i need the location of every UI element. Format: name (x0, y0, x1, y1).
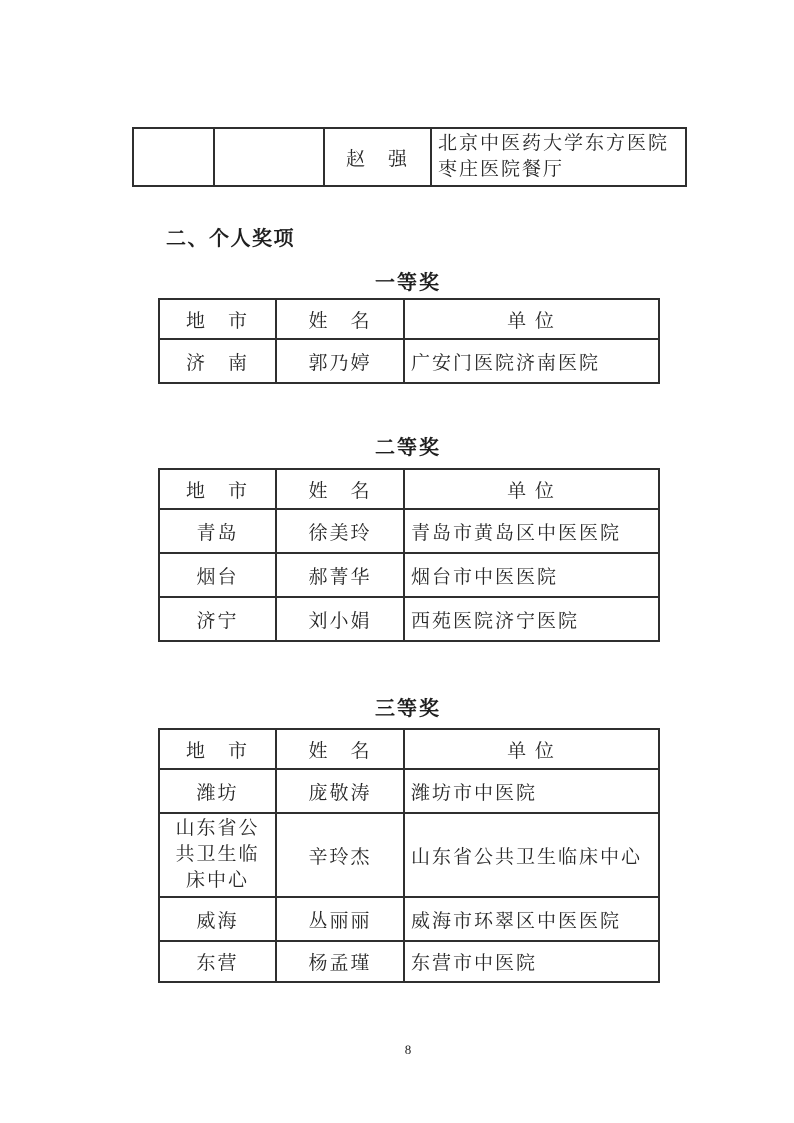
header-city: 地 市 (159, 729, 276, 769)
header-city: 地 市 (159, 299, 276, 339)
header-unit: 单 位 (404, 729, 659, 769)
header-city: 地 市 (159, 469, 276, 509)
name-cell: 刘小娟 (276, 597, 404, 641)
empty-cell (214, 128, 324, 186)
prize-title-third: 三等奖 (158, 692, 658, 721)
section-heading: 二、个人奖项 (166, 222, 295, 251)
header-unit: 单 位 (404, 299, 659, 339)
prize-title-first: 一等奖 (158, 266, 658, 295)
first-prize-table: 地 市 姓 名 单 位 济 南 郭乃婷 广安门医院济南医院 (158, 298, 660, 384)
name-cell: 郝菁华 (276, 553, 404, 597)
city-cell: 青岛 (159, 509, 276, 553)
header-unit: 单 位 (404, 469, 659, 509)
awardee-name: 赵 强 (324, 128, 431, 186)
city-cell: 东营 (159, 941, 276, 982)
scanned-document-page: { "page": { "number": "8" }, "colors": {… (0, 0, 794, 1123)
city-cell: 烟台 (159, 553, 276, 597)
continued-award-table: 赵 强 北京中医药大学东方医院 枣庄医院餐厅 (132, 127, 687, 187)
city-cell: 威海 (159, 897, 276, 941)
name-cell: 杨孟瑾 (276, 941, 404, 982)
unit-cell: 烟台市中医医院 (404, 553, 659, 597)
table-row: 济宁 刘小娟 西苑医院济宁医院 (159, 597, 659, 641)
city-cell: 山东省公 共卫生临 床中心 (159, 813, 276, 897)
unit-cell: 广安门医院济南医院 (404, 339, 659, 383)
unit-cell: 东营市中医院 (404, 941, 659, 982)
unit-cell: 威海市环翠区中医医院 (404, 897, 659, 941)
table-row: 赵 强 北京中医药大学东方医院 枣庄医院餐厅 (133, 128, 686, 186)
table-row: 山东省公 共卫生临 床中心 辛玲杰 山东省公共卫生临床中心 (159, 813, 659, 897)
header-name: 姓 名 (276, 469, 404, 509)
name-cell: 郭乃婷 (276, 339, 404, 383)
empty-cell (133, 128, 214, 186)
table-row: 济 南 郭乃婷 广安门医院济南医院 (159, 339, 659, 383)
table-header-row: 地 市 姓 名 单 位 (159, 729, 659, 769)
second-prize-table: 地 市 姓 名 单 位 青岛 徐美玲 青岛市黄岛区中医医院 烟台 郝菁华 烟台市… (158, 468, 660, 642)
table-row: 东营 杨孟瑾 东营市中医院 (159, 941, 659, 982)
header-name: 姓 名 (276, 729, 404, 769)
header-name: 姓 名 (276, 299, 404, 339)
name-cell: 徐美玲 (276, 509, 404, 553)
table-header-row: 地 市 姓 名 单 位 (159, 469, 659, 509)
name-cell: 丛丽丽 (276, 897, 404, 941)
page-number: 8 (158, 1042, 658, 1058)
unit-cell: 青岛市黄岛区中医医院 (404, 509, 659, 553)
table-row: 青岛 徐美玲 青岛市黄岛区中医医院 (159, 509, 659, 553)
unit-cell: 山东省公共卫生临床中心 (404, 813, 659, 897)
name-cell: 庞敬涛 (276, 769, 404, 813)
city-cell: 济 南 (159, 339, 276, 383)
unit-cell: 潍坊市中医院 (404, 769, 659, 813)
awardee-unit: 北京中医药大学东方医院 枣庄医院餐厅 (431, 128, 686, 186)
table-row: 潍坊 庞敬涛 潍坊市中医院 (159, 769, 659, 813)
table-row: 烟台 郝菁华 烟台市中医医院 (159, 553, 659, 597)
prize-title-second: 二等奖 (158, 431, 658, 460)
city-cell: 济宁 (159, 597, 276, 641)
unit-cell: 西苑医院济宁医院 (404, 597, 659, 641)
name-cell: 辛玲杰 (276, 813, 404, 897)
table-header-row: 地 市 姓 名 单 位 (159, 299, 659, 339)
table-row: 威海 丛丽丽 威海市环翠区中医医院 (159, 897, 659, 941)
third-prize-table: 地 市 姓 名 单 位 潍坊 庞敬涛 潍坊市中医院 山东省公 共卫生临 床中心 … (158, 728, 660, 983)
city-cell: 潍坊 (159, 769, 276, 813)
